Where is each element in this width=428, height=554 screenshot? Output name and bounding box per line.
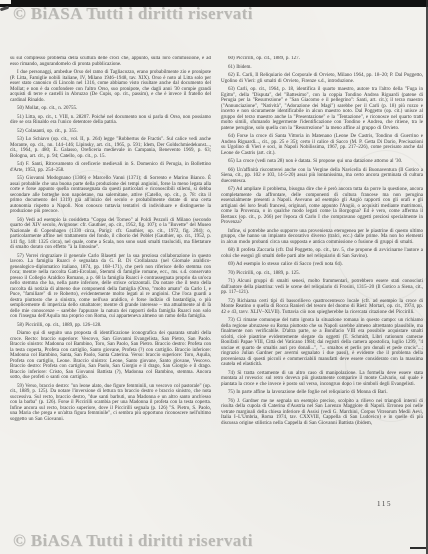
watermark-top: © BiASA Tutti i diritti riservati bbox=[13, 4, 253, 24]
footnote-53: 53) Lo Schiavo (op. cit., vol. II, p. 26… bbox=[10, 137, 211, 159]
scan-bottom-corner-artifact bbox=[410, 547, 426, 549]
paragraph-continuation: su sul complesso problema della scultura… bbox=[10, 56, 211, 67]
footnote-57: 57) Vorrei ringraziare il generale Carlo… bbox=[10, 254, 211, 320]
footnote-56: 56) Vedi ad esempio la cosiddetta "Coppa… bbox=[10, 218, 211, 251]
footnote-51: 51) Litta, op. cit., t. VIII, n. 28207. … bbox=[10, 115, 211, 126]
footnote-64: 64) Forse la croce di Santa Vittoria in … bbox=[221, 134, 423, 156]
paragraph: I due personaggi, ambedue Orso del ramo … bbox=[10, 70, 211, 103]
footnote-55: 55) Giovanni Modognano (1306) e Marcello… bbox=[10, 176, 211, 215]
scan-edge-notch bbox=[0, 0, 11, 4]
footnote-70: 70) Piccirilli, op. cit., 1889, p. 125. bbox=[221, 271, 423, 277]
footnote-71: 71) Alcuni gruppi di smalti senesi, molt… bbox=[221, 279, 423, 296]
footnote-54: 54) F. Santi, Ritrovamento di oreficerie… bbox=[10, 162, 211, 173]
footnote-67-continuation: Infine, si potrebbe anche supporre una p… bbox=[221, 229, 423, 246]
footnote-59: 59) Verso, braccio destro: "un leone ala… bbox=[10, 384, 211, 423]
footnote-75: 75) In parte affine la lavorazione delle… bbox=[221, 390, 423, 396]
footnote-60: 60) Piccirilli, op. cit., 1889, p. 127. bbox=[221, 56, 423, 62]
footnote-61: 61) Ibidem. bbox=[221, 65, 423, 71]
footnote-65: 65) La croce (vedi nota 28) non è datata… bbox=[221, 159, 423, 165]
left-text-column: su sul complesso problema della scultura… bbox=[10, 56, 211, 506]
watermark-bottom: © BiASA Tutti i diritti riservati bbox=[13, 531, 253, 551]
footnote-68: 68) Il profeta Zaccaria (cfr. Dal Pogget… bbox=[221, 248, 423, 259]
page-number: 115 bbox=[377, 500, 392, 508]
footnote-67: 67) Ad ampliare il problema, bisogna dir… bbox=[221, 187, 423, 226]
footnote-63: 63) Carli, op. cit., 1964, p. 18, identi… bbox=[221, 87, 423, 131]
footnote-58: 58) Piccirilli, op. cit., 1889, pp. 126–… bbox=[10, 323, 211, 329]
scanned-page: © BiASA Tutti i diritti riservati su sul… bbox=[0, 0, 428, 554]
footnote-76: 76) J. Gardner me ne segnala un esempio … bbox=[221, 399, 423, 427]
footnote-50: 50) Mollat, op. cit., n. 20755. bbox=[10, 106, 211, 112]
footnote-74: 74) Si tratta certamente di un altro cas… bbox=[221, 371, 423, 388]
footnote-52: 52) Colasanti, op. cit., p. 355. bbox=[10, 129, 211, 135]
right-text-column: 60) Piccirilli, op. cit., 1889, p. 127. … bbox=[221, 56, 423, 506]
footnote-66: 66) Un'affinità riscontrerei anche con l… bbox=[221, 168, 423, 185]
footnote-72: 72) Richiama certi tipi di bassorilievo … bbox=[221, 299, 423, 316]
footnote-58-continuation: Diamo qui di seguito una proposta di ide… bbox=[10, 331, 211, 381]
footnote-73: 73) Ci rimane comunque del tutto ignota … bbox=[221, 318, 423, 368]
footnote-62: 62) E. Carli, Il Reliquiario del Corpora… bbox=[221, 73, 423, 84]
footnote-69: 69) Ad esempio lo stesso calice di Sacco… bbox=[221, 262, 423, 268]
